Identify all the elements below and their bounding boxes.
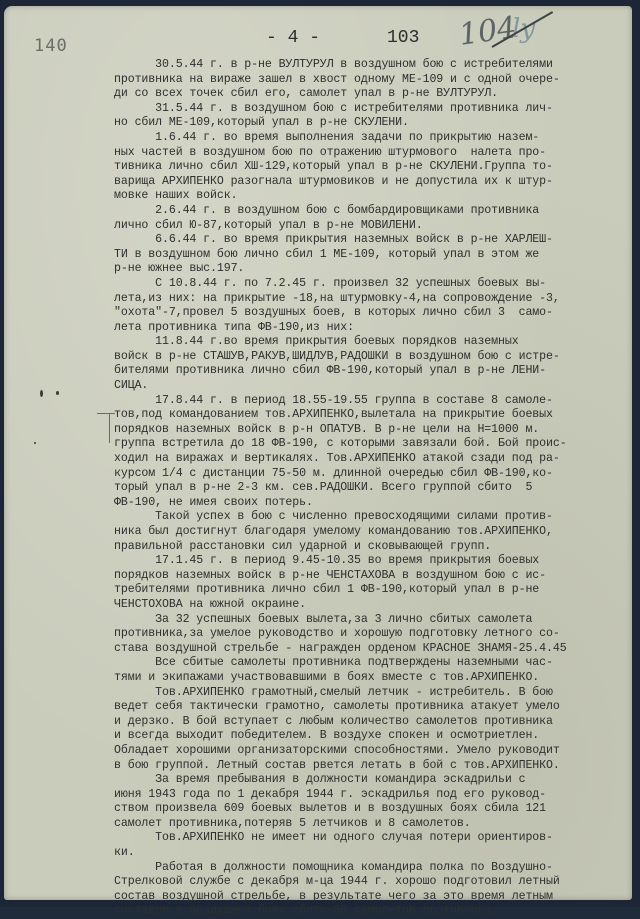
text-line: 6.6.44 г. во время прикрытия наземных во… xyxy=(114,233,639,248)
text-line: мовке наших войск. xyxy=(114,189,639,204)
scan-background: 140 - 4 - 103 104 ly 30.5.44 г. в р-не В… xyxy=(0,0,640,907)
sheet-number-typed: 103 xyxy=(387,28,419,48)
text-line: варища АРХИПЕНКО разогнала штурмовиков и… xyxy=(114,175,639,190)
text-line: противника на вираже зашел в хвост одном… xyxy=(114,73,639,88)
paragraph: Тов.АРХИПЕНКО не имеет ни одного случая … xyxy=(114,831,639,860)
text-line: 11.8.44 г.во время прикрытия боевых поря… xyxy=(114,335,639,350)
text-line: группа встретила до 18 ФВ-190, с которым… xyxy=(114,437,639,452)
text-line: 31.5.44 г. в воздушном бою с истребителя… xyxy=(114,102,639,117)
paragraph: 1.6.44 г. во время выполнения задачи по … xyxy=(114,131,639,204)
sheet-number-handwritten: 104 xyxy=(457,10,519,53)
text-line: курсом 1/4 с дистанции 75-50 м. длинной … xyxy=(114,467,639,482)
text-line: 17.8.44 г. в период 18.55-19.55 группа в… xyxy=(114,394,639,409)
text-line: бителями противника лично сбил ФВ-190,ко… xyxy=(114,364,639,379)
text-line: июня 1943 года по 1 декабря 1944 г. эска… xyxy=(114,788,639,803)
text-line: порядков наземных войск в р-н ОПАТУВ. В … xyxy=(114,423,639,438)
text-line: Стрелковой службе с декабря м-ца 1944 г.… xyxy=(114,875,639,890)
text-line: Все сбитые самолеты противника подтвержд… xyxy=(114,656,639,671)
paragraph: Работая в должности помощника командира … xyxy=(114,861,639,907)
text-line: требителями противника лично сбил 1 ФВ-1… xyxy=(114,583,639,598)
text-line: и дерзко. В бой вступает с любым количес… xyxy=(114,715,639,730)
text-line: войск в р-не СТАШУВ,РАКУВ,ШИДЛУВ,РАДОШКИ… xyxy=(114,350,639,365)
document-body: 30.5.44 г. в р-не ВУЛТУРУЛ в воздушном б… xyxy=(114,58,639,907)
page-number: - 4 - xyxy=(266,28,320,48)
paragraph: 2.6.44 г. в воздушном бою с бомбардировщ… xyxy=(114,204,639,233)
text-line: става воздушной стрельбе - награжден орд… xyxy=(114,642,639,657)
paragraph: 11.8.44 г.во время прикрытия боевых поря… xyxy=(114,335,639,393)
text-line: 2.6.44 г. в воздушном бою с бомбардировщ… xyxy=(114,204,639,219)
paragraph: 30.5.44 г. в р-не ВУЛТУРУЛ в воздушном б… xyxy=(114,58,639,102)
text-line: самолет противника,потеряв 5 летчиков и … xyxy=(114,817,639,832)
ink-speck xyxy=(40,390,43,397)
text-line: ством произвела 609 боевых вылетов и в в… xyxy=(114,802,639,817)
text-line: "охота"-7,провел 5 воздушных боев, в кот… xyxy=(114,306,639,321)
text-line: состав воздушной стрельбе, в результате … xyxy=(114,890,639,905)
text-line: ди со всех точек сбил его, самолет упал … xyxy=(114,87,639,102)
text-line: ФВ-190, не имея своих потерь. xyxy=(114,496,639,511)
text-line: ника был достигнут благодаря умелому ком… xyxy=(114,525,639,540)
archive-number: 140 xyxy=(34,36,68,56)
text-line: тов,под командованием тов.АРХИПЕНКО,выле… xyxy=(114,408,639,423)
ink-speck xyxy=(34,442,36,444)
text-line: СИЦА. xyxy=(114,379,639,394)
text-line: 1.6.44 г. во время выполнения задачи по … xyxy=(114,131,639,146)
text-line: С 10.8.44 г. по 7.2.45 г. произвел 32 ус… xyxy=(114,277,639,292)
paragraph: 17.1.45 г. в период 9.45-10.35 во время … xyxy=(114,554,639,612)
text-line: За 32 успешных боевых вылета,за 3 лично … xyxy=(114,613,639,628)
margin-pencil-mark-vertical xyxy=(109,413,110,443)
text-line: ЧЕНСТОХОВА на южной окраине. xyxy=(114,598,639,613)
paragraph: 17.8.44 г. в период 18.55-19.55 группа в… xyxy=(114,394,639,511)
text-line: в бою группой. Летный состав рвется лета… xyxy=(114,759,639,774)
text-line: Такой успех в бою с численно превосходящ… xyxy=(114,510,639,525)
text-line: лично сбил Ю-87,который упал в р-не МОВИ… xyxy=(114,219,639,234)
text-line: 17.1.45 г. в период 9.45-10.35 во время … xyxy=(114,554,639,569)
text-line: Тов.АРХИПЕНКО не имеет ни одного случая … xyxy=(114,831,639,846)
paragraph: Все сбитые самолеты противника подтвержд… xyxy=(114,656,639,685)
text-line: ведет себя тактически грамотно, самолеты… xyxy=(114,700,639,715)
text-line: тями и экипажами участвовавшими в боях в… xyxy=(114,671,639,686)
text-line: лета противника типа ФВ-190,из них: xyxy=(114,321,639,336)
paragraph: За время пребывания в должности командир… xyxy=(114,773,639,831)
text-line: Тов.АРХИПЕНКО грамотный,смелый летчик - … xyxy=(114,686,639,701)
text-line: р-не южнее выс.197. xyxy=(114,262,639,277)
margin-pencil-mark xyxy=(97,413,115,414)
text-line: но сбил МЕ-109,который упал в р-не СКУЛЕ… xyxy=(114,116,639,131)
text-line: ТИ в воздушном бою лично сбил 1 МЕ-109, … xyxy=(114,248,639,263)
paragraph: 6.6.44 г. во время прикрытия наземных во… xyxy=(114,233,639,277)
paragraph: 31.5.44 г. в воздушном бою с истребителя… xyxy=(114,102,639,131)
text-line: Обладает хорошими организаторскими спосо… xyxy=(114,744,639,759)
text-line: правильной расстановки сил ударной и ско… xyxy=(114,540,639,555)
text-line: ходил на виражах и вертикалях. Тов.АРХИП… xyxy=(114,452,639,467)
text-line: и всегда выходит победителем. В воздухе … xyxy=(114,729,639,744)
text-line: торый упал в р-не 2-3 км. сев.РАДОШКИ. В… xyxy=(114,481,639,496)
paragraph: Тов.АРХИПЕНКО грамотный,смелый летчик - … xyxy=(114,686,639,774)
text-line: порядков наземных войск в р-не ЧЕНСТАХОВ… xyxy=(114,569,639,584)
text-line: тивника лично сбил ХШ-129,который упал в… xyxy=(114,160,639,175)
text-line: 30.5.44 г. в р-не ВУЛТУРУЛ в воздушном б… xyxy=(114,58,639,73)
text-line: лета,из них: на прикрытие -18,на штурмов… xyxy=(114,292,639,307)
text-line: ки. xyxy=(114,846,639,861)
text-line: ных частей в воздушном бою по отражению … xyxy=(114,146,639,161)
paragraph: Такой успех в бою с численно превосходящ… xyxy=(114,510,639,554)
text-line: За время пребывания в должности командир… xyxy=(114,773,639,788)
document-page: 140 - 4 - 103 104 ly 30.5.44 г. в р-не В… xyxy=(4,6,632,900)
text-line: Работая в должности помощника командира … xyxy=(114,861,639,876)
paragraph: С 10.8.44 г. по 7.2.45 г. произвел 32 ус… xyxy=(114,277,639,335)
ink-speck xyxy=(56,391,59,395)
text-line: противника,за умелое руководство и хорош… xyxy=(114,627,639,642)
paragraph: За 32 успешных боевых вылета,за 3 лично … xyxy=(114,613,639,657)
